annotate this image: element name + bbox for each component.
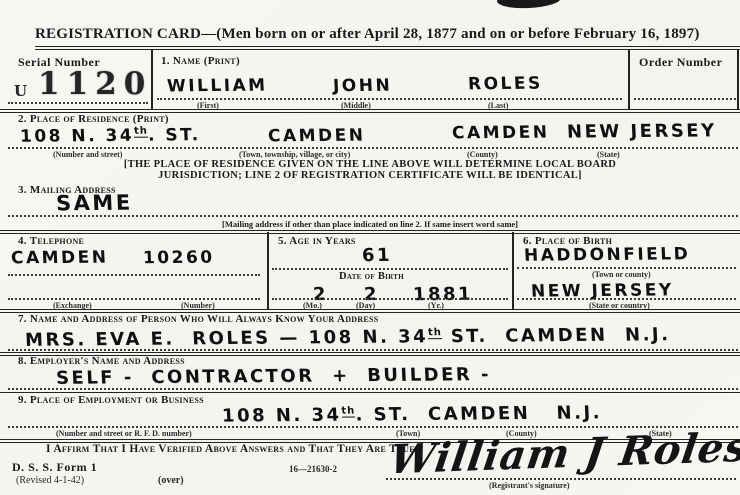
employment-sub-street: (Number and street or R. F. D. number)	[56, 429, 192, 438]
serial-prefix: U	[14, 82, 27, 100]
divider	[0, 392, 740, 393]
name-label: 1. Name (Print)	[161, 55, 240, 67]
order-number-label: Order Number	[639, 55, 722, 70]
residence-state-value: NEW JERSEY	[567, 120, 718, 142]
telephone-number-value: 10260	[143, 248, 216, 269]
column-divider	[628, 49, 630, 110]
affirmation-text: I Affirm That I Have Verified Above Answ…	[46, 443, 418, 455]
mailing-address-value: SAME	[55, 191, 133, 216]
residence-underline	[8, 147, 738, 149]
signature-sub-label: (Registrant's signature)	[489, 481, 570, 490]
residence-sub-city: (Town, township, village, or city)	[239, 150, 350, 159]
name-first-value: WILLIAM	[167, 76, 268, 97]
mailing-note: [Mailing address if other than place ind…	[0, 219, 740, 229]
serial-underline	[8, 102, 148, 104]
employer-value: SELF - CONTRACTOR + BUILDER -	[56, 364, 492, 389]
birthplace-town-value: HADDONFIELD	[524, 244, 691, 265]
mailing-underline	[8, 215, 738, 217]
residence-label: 2. Place of Residence (Print)	[18, 113, 169, 125]
divider	[35, 46, 740, 50]
divider	[0, 230, 740, 234]
form-name: D. S. S. Form 1	[12, 460, 97, 475]
telephone-exchange-value: CAMDEN	[11, 248, 109, 269]
age-underline	[272, 268, 508, 270]
employer-label: 8. Employer's Name and Address	[18, 355, 185, 367]
serial-number-value: 1120	[38, 66, 152, 102]
form-revision: (Revised 4-1-42)	[16, 475, 84, 486]
date-of-birth-label: Date of Birth	[339, 271, 404, 282]
name-underline	[157, 98, 622, 100]
residence-sub-state: (State)	[597, 150, 620, 159]
registration-card: REGISTRATION CARD—(Men born on or after …	[0, 0, 740, 495]
employment-value: 108 N. 34th. ST. CAMDEN N.J.	[222, 402, 603, 426]
contact-underline	[8, 349, 738, 351]
age-value: 61	[362, 245, 393, 266]
employer-underline	[8, 388, 738, 390]
birthplace-town-underline	[517, 267, 736, 269]
birthplace-state-underline	[517, 298, 736, 300]
residence-sub-street: (Number and street)	[53, 150, 122, 159]
employment-label: 9. Place of Employment or Business	[18, 394, 204, 406]
column-divider	[267, 232, 269, 309]
telephone-label: 4. Telephone	[18, 235, 84, 247]
column-divider	[512, 232, 514, 309]
order-number-underline	[634, 98, 736, 100]
print-code: 16—21630-2	[289, 464, 337, 474]
name-last-value: ROLES	[468, 74, 544, 95]
signature-underline	[386, 478, 736, 480]
card-right-edge	[737, 49, 739, 110]
contact-label: 7. Name and Address of Person Who Will A…	[18, 313, 379, 325]
residence-city-value: CAMDEN	[268, 126, 366, 147]
jurisdiction-note-line2: JURISDICTION; LINE 2 OF REGISTRATION CER…	[0, 170, 740, 181]
contact-value: MRS. EVA E. ROLES — 108 N. 34th ST. CAMD…	[25, 324, 671, 351]
card-title: REGISTRATION CARD—(Men born on or after …	[35, 26, 700, 43]
scan-artifact	[497, 0, 562, 10]
jurisdiction-note-line1: [THE PLACE OF RESIDENCE GIVEN ON THE LIN…	[0, 159, 740, 170]
over-note: (over)	[158, 475, 184, 486]
birthplace-sub-town: (Town or county)	[592, 270, 651, 279]
residence-county-value: CAMDEN	[452, 123, 550, 144]
age-label: 5. Age in Years	[278, 235, 356, 247]
dob-underline	[272, 298, 508, 300]
residence-street-value: 108 N. 34th. ST.	[20, 125, 201, 147]
telephone-underline	[8, 274, 260, 276]
registrant-signature: William J Roles	[387, 424, 740, 484]
telephone-bottom-line	[8, 298, 260, 300]
name-middle-value: JOHN	[333, 76, 393, 97]
column-divider	[151, 49, 153, 110]
residence-sub-county: (County)	[467, 150, 498, 159]
